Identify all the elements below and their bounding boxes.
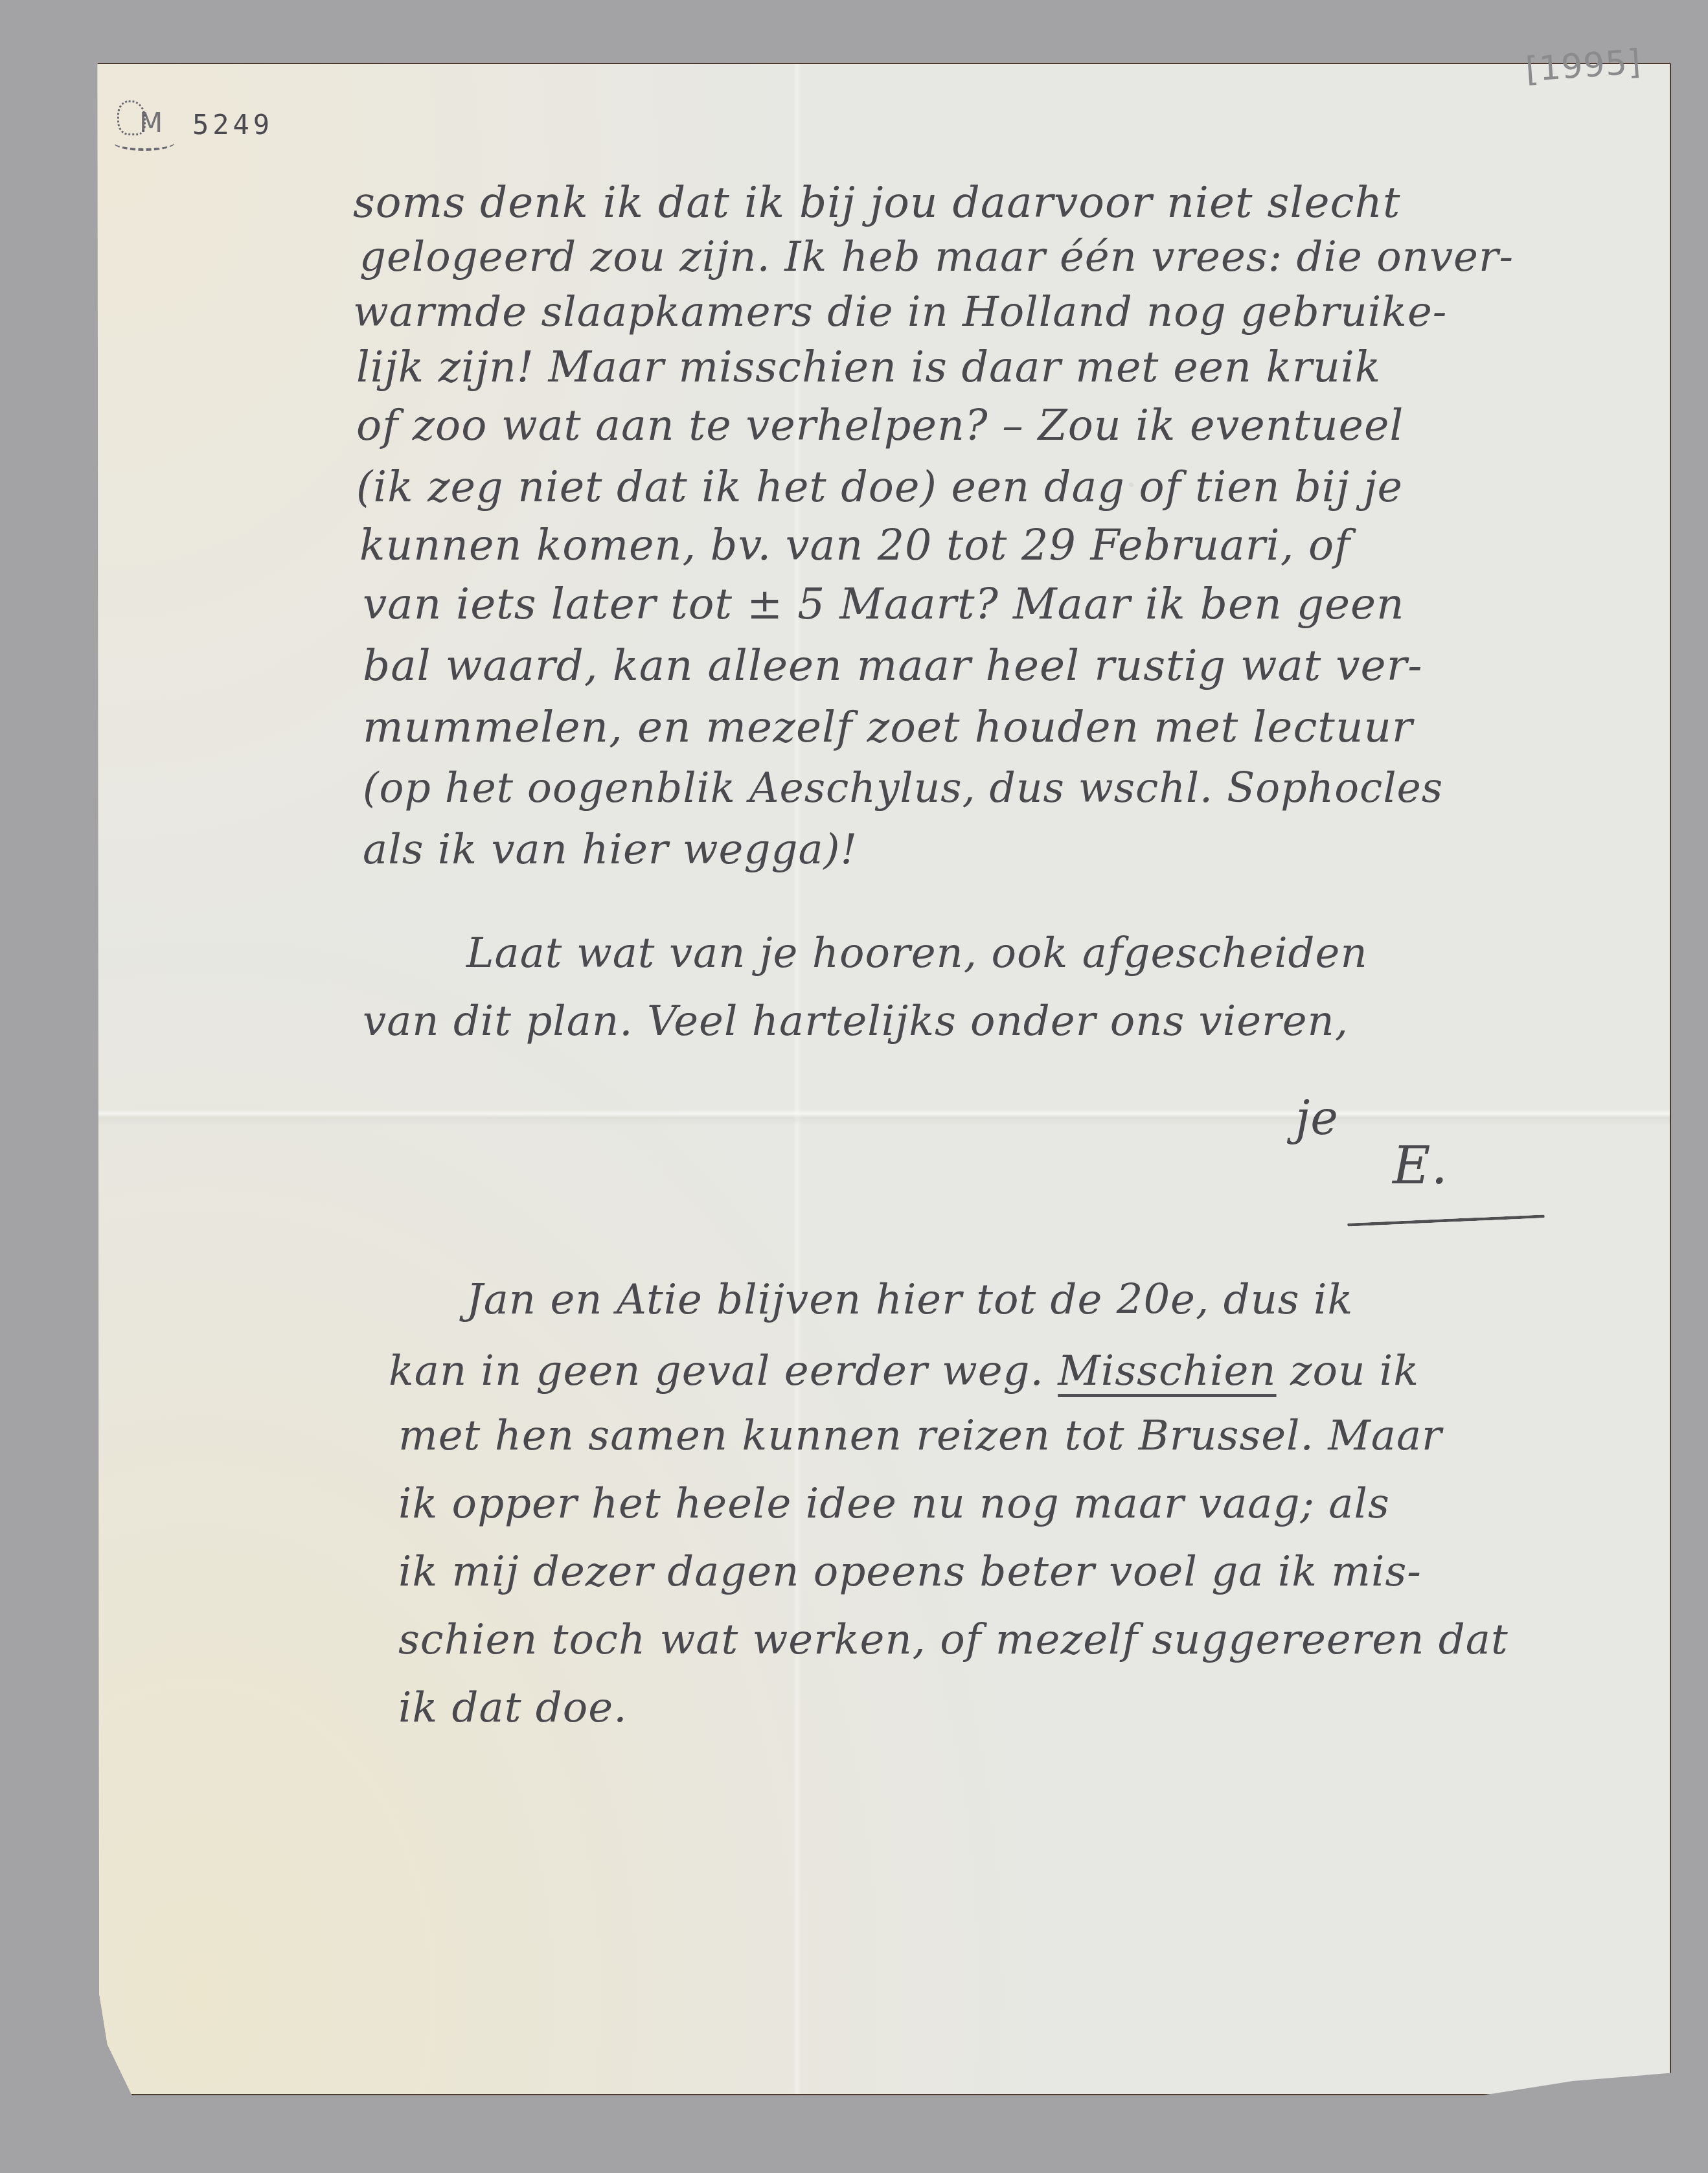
letter-line: kunnen komen, bv. van 20 tot 29 Februari… — [359, 525, 1350, 567]
signature-initial: E. — [1393, 1140, 1448, 1192]
letter-line: als ik van hier wegga)! — [363, 829, 858, 870]
archive-number: 5249 — [192, 109, 273, 141]
pencil-date-annotation: [1995] — [1524, 43, 1643, 89]
letter-line: (ik zeg niet dat ik het doe) een dag of … — [356, 466, 1403, 508]
underlined-word: Misschien — [1058, 1347, 1276, 1395]
letter-line: van dit plan. Veel hartelijks onder ons … — [363, 1001, 1349, 1042]
closing-salutation: je — [1295, 1095, 1339, 1141]
postscript-text: zou ik — [1290, 1347, 1419, 1395]
letter-line: warmde slaapkamers die in Holland nog ge… — [353, 291, 1447, 333]
postscript-line: Jan en Atie blijven hier tot de 20e, dus… — [466, 1279, 1353, 1321]
postscript-text: kan in geen geval eerder weg. — [389, 1347, 1044, 1395]
letter-line: van iets later tot ± 5 Maart? Maar ik be… — [363, 583, 1405, 626]
postscript-line: ik dat doe. — [398, 1687, 628, 1729]
letter-line: soms denk ik dat ik bij jou daarvoor nie… — [353, 181, 1401, 224]
postscript-line: ik opper het heele idee nu nog maar vaag… — [398, 1483, 1390, 1525]
postscript-line: kan in geen geval eerder weg. Misschien … — [389, 1350, 1419, 1392]
letter-line: (op het oogenblik Aeschylus, dus wschl. … — [363, 768, 1443, 808]
letter-line: of zoo wat aan te verhelpen? – Zou ik ev… — [356, 405, 1404, 447]
letter-line: bal waard, kan alleen maar heel rustig w… — [363, 644, 1422, 687]
letter-line: gelogeerd zou zijn. Ik heb maar één vree… — [359, 236, 1514, 278]
letter-line: mummelen, en mezelf zoet houden met lect… — [363, 706, 1413, 749]
postscript-line: met hen samen kunnen reizen tot Brussel.… — [398, 1415, 1442, 1457]
postscript-line: ik mij dezer dagen opeens beter voel ga … — [398, 1551, 1422, 1593]
letter-line: lijk zijn! Maar misschien is daar met ee… — [356, 347, 1381, 389]
letter-line: Laat wat van je hooren, ook afgescheiden — [466, 933, 1368, 974]
postscript-line: schien toch wat werken, of mezelf sugger… — [398, 1619, 1509, 1661]
archive-stamp: M 5249 — [113, 94, 273, 155]
library-monogram-icon: M — [113, 94, 178, 155]
